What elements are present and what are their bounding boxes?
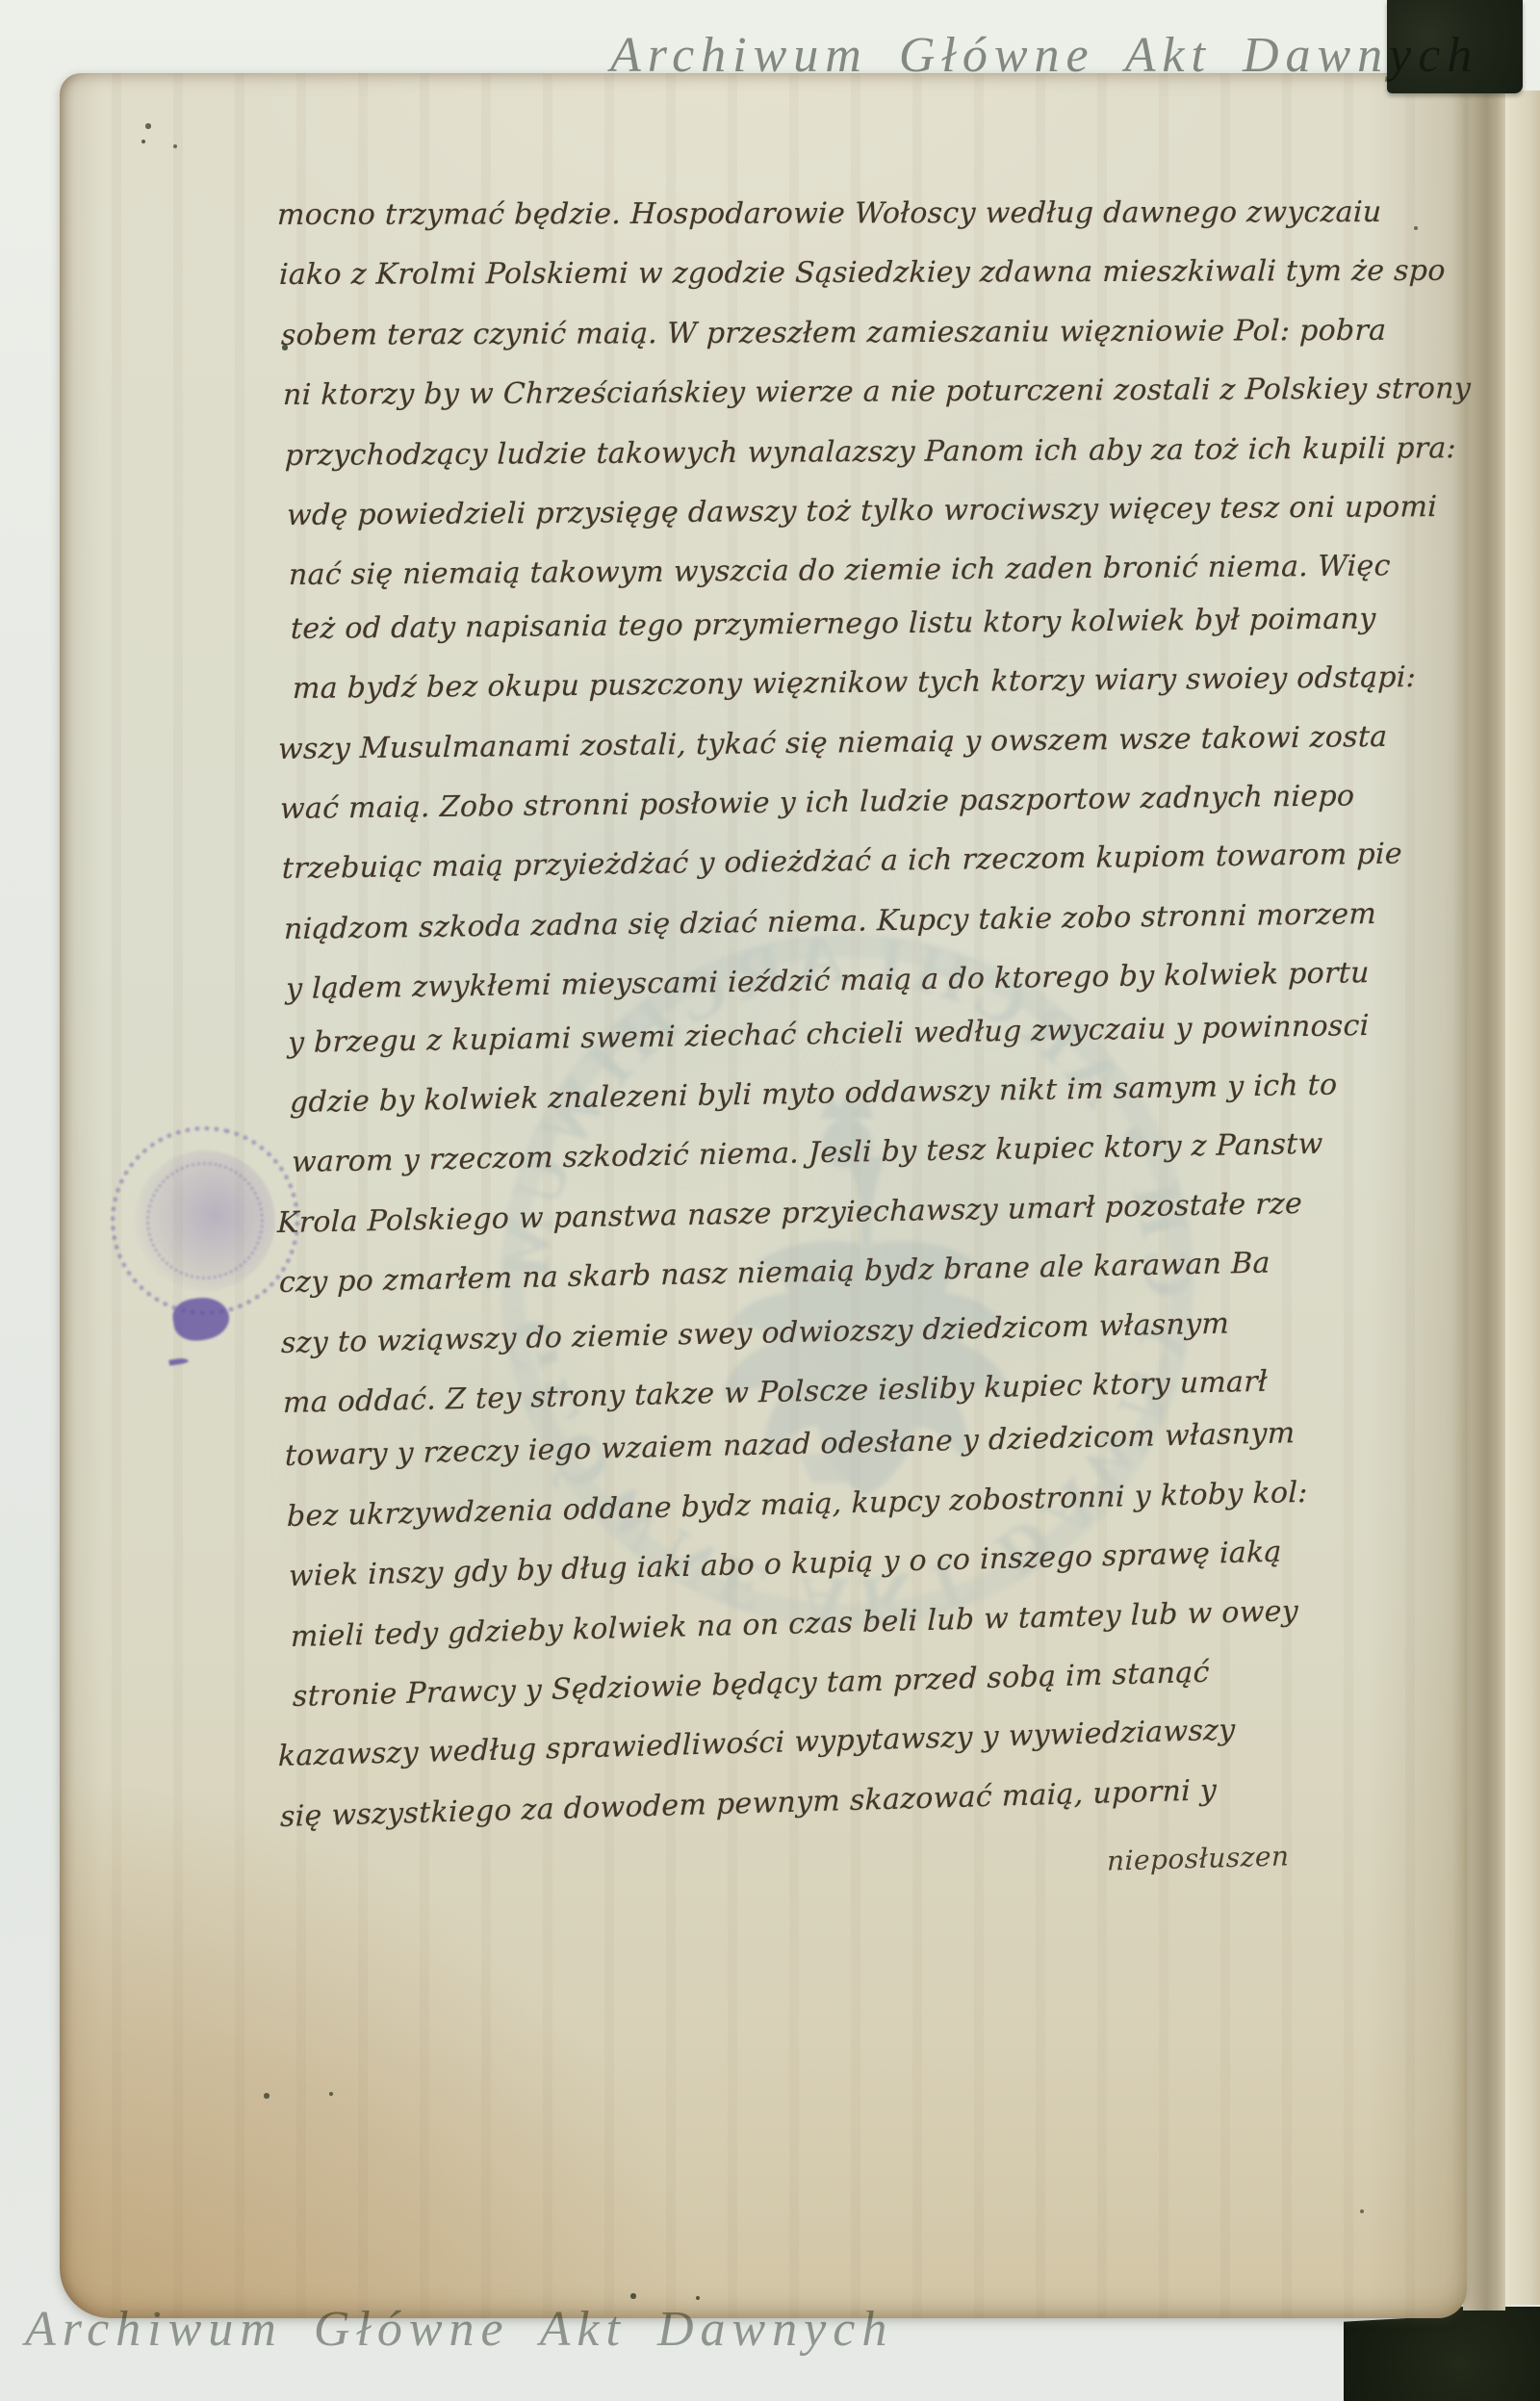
manuscript-line: wiek inszy gdy by dług iaki abo o kupią … (289, 1535, 1282, 1595)
manuscript-line: mieli tedy gdzieby kolwiek na on czas be… (291, 1593, 1298, 1656)
manuscript-line: ni ktorzy by w Chrześciańskiey wierze a … (282, 371, 1471, 414)
manuscript-line: trzebuiąc maią przyieżdżać y odieżdżać a… (282, 837, 1403, 888)
manuscript-line: wszy Musulmanami zostali, tykać się niem… (278, 719, 1388, 768)
manuscript-line: stronie Prawcy y Sędziowie będący tam pr… (293, 1655, 1210, 1716)
manuscript-line: wać maią. Zobo stronni posłowie y ich lu… (280, 778, 1355, 828)
manuscript-line: nać się niemaią takowym wyszcia do ziemi… (288, 549, 1391, 595)
manuscript-line: iako z Krolmi Polskiemi w zgodzie Sąsied… (278, 253, 1446, 294)
manuscript-line: ma oddać. Z tey strony takze w Polscze i… (283, 1364, 1268, 1422)
manuscript-line: gdzie by kolwiek znalezeni byli myto odd… (290, 1068, 1338, 1122)
manuscript-line: niądzom szkoda zadna się dziać niema. Ku… (284, 896, 1377, 948)
book-cover-bottom-right (1344, 2307, 1540, 2401)
manuscript-line: przychodzący ludzie takowych wynalazszy … (284, 430, 1456, 475)
manuscript-line: też od daty napisania tego przymiernego … (291, 601, 1376, 648)
catchword: nieposłuszen (1107, 1840, 1290, 1877)
manuscript-line: mocno trzymać będzie. Hospodarowie Wołos… (276, 194, 1382, 234)
manuscript-text-block: nieposłuszen mocno trzymać będzie. Hospo… (60, 73, 1467, 2318)
archival-scan: ARCHIWUM GŁÓWNE AKT DAWNYCH • ARCHIWUM G… (0, 0, 1540, 2401)
manuscript-line: kazawszy według sprawiedliwości wypytaws… (278, 1713, 1236, 1775)
manuscript-line: czy po zmarłem na skarb nasz niemaią byd… (279, 1246, 1270, 1303)
next-page-edge (1500, 90, 1540, 2305)
manuscript-line: y brzegu z kupiami swemi ziechać chcieli… (288, 1008, 1370, 1062)
watermark-top: Archiwum Główne Akt Dawnych (610, 27, 1478, 85)
manuscript-line: wdę powiedzieli przysięgę dawszy toż tyl… (286, 489, 1437, 534)
manuscript-line: ma bydź bez okupu puszczony więznikow ty… (293, 659, 1417, 708)
manuscript-line: warom y rzeczom szkodzić niema. Jesli by… (292, 1126, 1323, 1181)
manuscript-line: bez ukrzywdzenia oddane bydz maią, kupcy… (287, 1475, 1308, 1536)
manuscript-line: się wszystkiego za dowodem pewnym skazow… (280, 1772, 1217, 1836)
manuscript-line: szy to wziąwszy do ziemie swey odwiozszy… (281, 1305, 1230, 1361)
manuscript-line: y lądem zwykłemi mieyscami ieździć maią … (286, 955, 1370, 1008)
gutter-fold-shadow (1463, 89, 1505, 2311)
manuscript-page: ARCHIWUM GŁÓWNE AKT DAWNYCH • ARCHIWUM G… (60, 73, 1467, 2318)
manuscript-line: towary y rzeczy iego wzaiem nazad odesła… (285, 1416, 1296, 1476)
manuscript-line: sobem teraz czynić maią. W przeszłem zam… (280, 313, 1386, 354)
manuscript-line: Krola Polskiego w panstwa nasze przyiech… (277, 1186, 1303, 1242)
watermark-bottom: Archiwum Główne Akt Dawnych (25, 2301, 893, 2359)
